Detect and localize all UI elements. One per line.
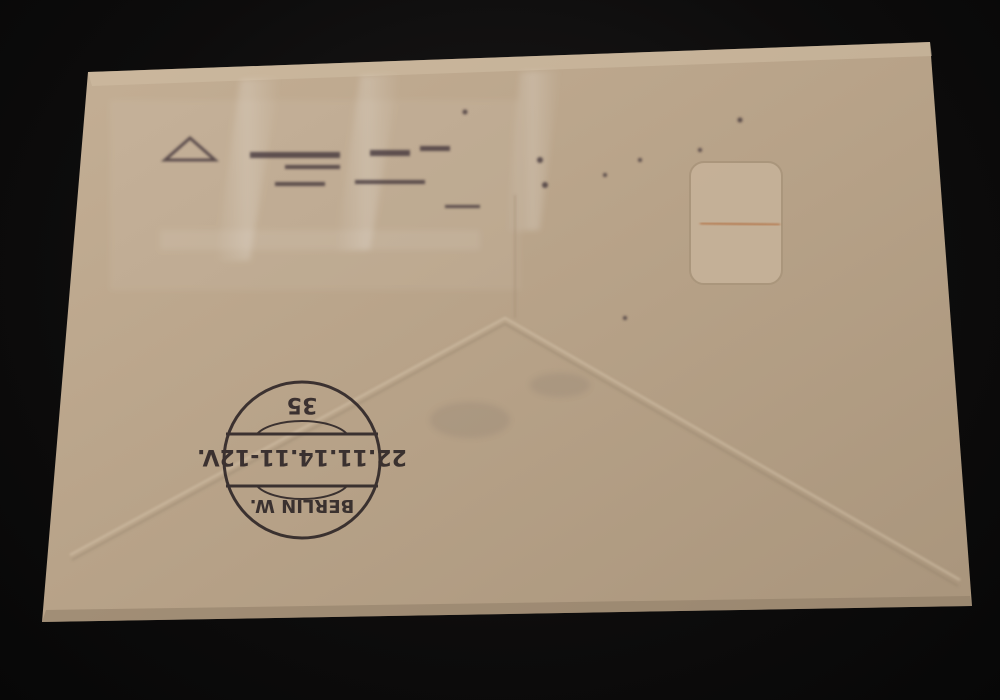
glassine-sheen [110,70,560,290]
postmark-office-number: 35 [287,392,318,417]
stamp-hinge-remnant [690,162,782,284]
envelope-photo: 22.11.14.11-12V. BERLIN W. 35 [0,0,1000,700]
postmark-date: 22.11.14.11-12V. [197,444,407,469]
postmark-city: BERLIN W. [250,495,355,516]
